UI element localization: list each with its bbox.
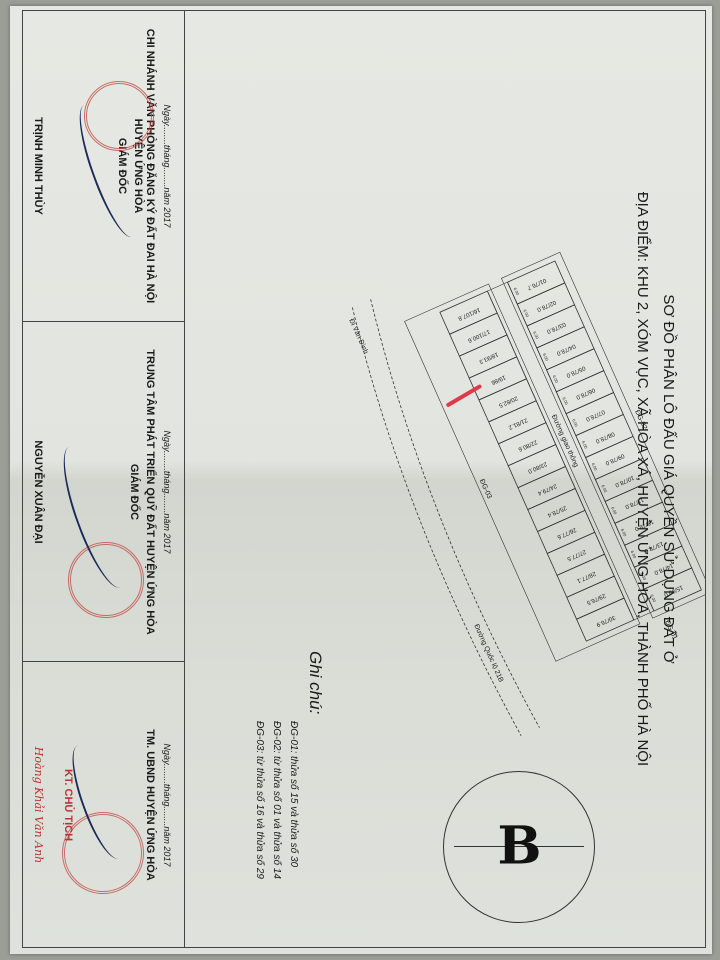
notes-section: Ghi chú: ĐG-01: thửa số 15 và thửa số 30… <box>254 651 325 879</box>
signature-block-district-committee: Ngày........tháng........năm 2017 TM. UB… <box>22 661 184 948</box>
signature-position: KT. CHỦ TỊCH <box>62 662 74 948</box>
svg-text:13/78.0: 13/78.0 <box>643 540 664 554</box>
signature-band: Ngày........tháng........năm 2017 CHI NH… <box>22 11 185 947</box>
signature-org: TM. UBND HUYỆN ỨNG HÒA <box>144 662 156 948</box>
signature-block-registration-office: Ngày........tháng........năm 2017 CHI NH… <box>22 11 184 321</box>
signature-name: Hoàng Khải Văn Anh <box>32 662 45 948</box>
svg-text:30/76.9: 30/76.9 <box>595 614 616 628</box>
svg-text:29/76.5: 29/76.5 <box>585 592 606 606</box>
note-item: ĐG-03: từ thửa số 16 và thửa số 29 <box>254 721 265 879</box>
svg-text:6.00: 6.00 <box>591 462 599 472</box>
document-sheet: SƠ ĐỒ PHÂN LÔ ĐẤU GIÁ QUYỀN SỬ DỤNG ĐẤT … <box>10 6 712 954</box>
svg-text:11/78.0: 11/78.0 <box>623 496 644 510</box>
svg-text:ĐG-01: ĐG-01 <box>663 619 678 641</box>
svg-text:ĐG-03: ĐG-03 <box>478 478 493 500</box>
svg-text:6.00: 6.00 <box>542 352 550 362</box>
svg-text:6.00: 6.00 <box>522 309 530 319</box>
svg-text:08/78.0: 08/78.0 <box>594 430 615 444</box>
svg-text:23/80.0: 23/80.0 <box>526 460 547 474</box>
svg-text:6.00: 6.00 <box>610 506 618 516</box>
svg-text:17/100.6: 17/100.6 <box>466 328 490 343</box>
svg-text:22/80.6: 22/80.6 <box>517 438 538 452</box>
signature-date: Ngày........tháng........năm 2017 <box>162 11 172 321</box>
signature-org: TRUNG TÂM PHÁT TRIỂN QUỸ ĐẤT HUYỆN ỨNG H… <box>144 322 156 662</box>
svg-text:04/78.0: 04/78.0 <box>555 342 576 356</box>
svg-text:25/78.4: 25/78.4 <box>546 504 567 518</box>
svg-text:6.00: 6.00 <box>532 331 540 341</box>
svg-text:6.00: 6.00 <box>571 418 579 428</box>
svg-text:10/78.0: 10/78.0 <box>613 474 634 488</box>
svg-text:6.00: 6.00 <box>649 594 657 604</box>
svg-text:6.00: 6.00 <box>561 396 569 406</box>
svg-text:26/77.6: 26/77.6 <box>556 526 577 540</box>
svg-text:21/81.2: 21/81.2 <box>507 416 528 430</box>
svg-text:6.00: 6.00 <box>630 550 638 560</box>
svg-text:6.00: 6.00 <box>552 374 560 384</box>
signature-date: Ngày........tháng........năm 2017 <box>162 662 172 948</box>
svg-text:12/78.0: 12/78.0 <box>633 518 654 532</box>
signature-block-land-fund-center: Ngày........tháng........năm 2017 TRUNG … <box>22 321 184 662</box>
svg-text:6.00: 6.00 <box>600 484 608 494</box>
north-arrow: B <box>443 771 595 923</box>
highlight-mark <box>447 387 482 405</box>
note-item: ĐG-02: từ thửa số 01 và thửa số 14 <box>271 721 282 879</box>
svg-text:05/78.0: 05/78.0 <box>565 364 586 378</box>
svg-text:6.00: 6.00 <box>581 440 589 450</box>
north-label: B <box>498 815 542 876</box>
rotated-content: SƠ ĐỒ PHÂN LÔ ĐẤU GIÁ QUYỀN SỬ DỤNG ĐẤT … <box>23 11 705 947</box>
svg-text:28/77.1: 28/77.1 <box>575 570 596 584</box>
svg-text:6.00: 6.00 <box>620 528 628 538</box>
svg-text:6.00: 6.00 <box>513 287 521 297</box>
signature-org: CHI NHÁNH VĂN PHÒNG ĐĂNG KÝ ĐẤT ĐAI HÀ N… <box>132 11 156 321</box>
svg-text:6.00: 6.00 <box>640 572 648 582</box>
svg-text:24/79.4: 24/79.4 <box>536 482 557 496</box>
svg-text:19/86: 19/86 <box>490 374 507 386</box>
svg-text:07/78.0: 07/78.0 <box>584 408 605 422</box>
svg-text:Đi Vân Đình: Đi Vân Đình <box>347 318 369 355</box>
svg-text:ĐG-02: ĐG-02 <box>633 409 648 431</box>
svg-text:15/90.0: 15/90.0 <box>662 584 683 598</box>
svg-text:06/78.0: 06/78.0 <box>574 386 595 400</box>
svg-text:02/78.0: 02/78.0 <box>535 299 556 313</box>
svg-text:20/82.5: 20/82.5 <box>497 394 518 408</box>
svg-text:16/107.8: 16/107.8 <box>456 306 480 321</box>
signature-name: TRỊNH MINH THÙY <box>32 11 44 321</box>
svg-text:03/78.0: 03/78.0 <box>545 320 566 334</box>
signature-date: Ngày........tháng........năm 2017 <box>162 322 172 662</box>
note-item: ĐG-01: thửa số 15 và thửa số 30 <box>288 721 299 879</box>
notes-heading: Ghi chú: <box>305 651 325 879</box>
document-frame: SƠ ĐỒ PHÂN LÔ ĐẤU GIÁ QUYỀN SỬ DỤNG ĐẤT … <box>22 10 706 948</box>
svg-text:27/77.5: 27/77.5 <box>565 548 586 562</box>
svg-text:09/78.0: 09/78.0 <box>604 452 625 466</box>
svg-text:14/78.0: 14/78.0 <box>652 562 673 576</box>
svg-text:18/93.3: 18/93.3 <box>477 351 498 365</box>
signature-position: GIÁM ĐỐC <box>128 322 140 662</box>
svg-text:01/76.7: 01/76.7 <box>526 277 547 291</box>
signature-name: NGUYỄN XUÂN ĐẠI <box>32 322 44 662</box>
